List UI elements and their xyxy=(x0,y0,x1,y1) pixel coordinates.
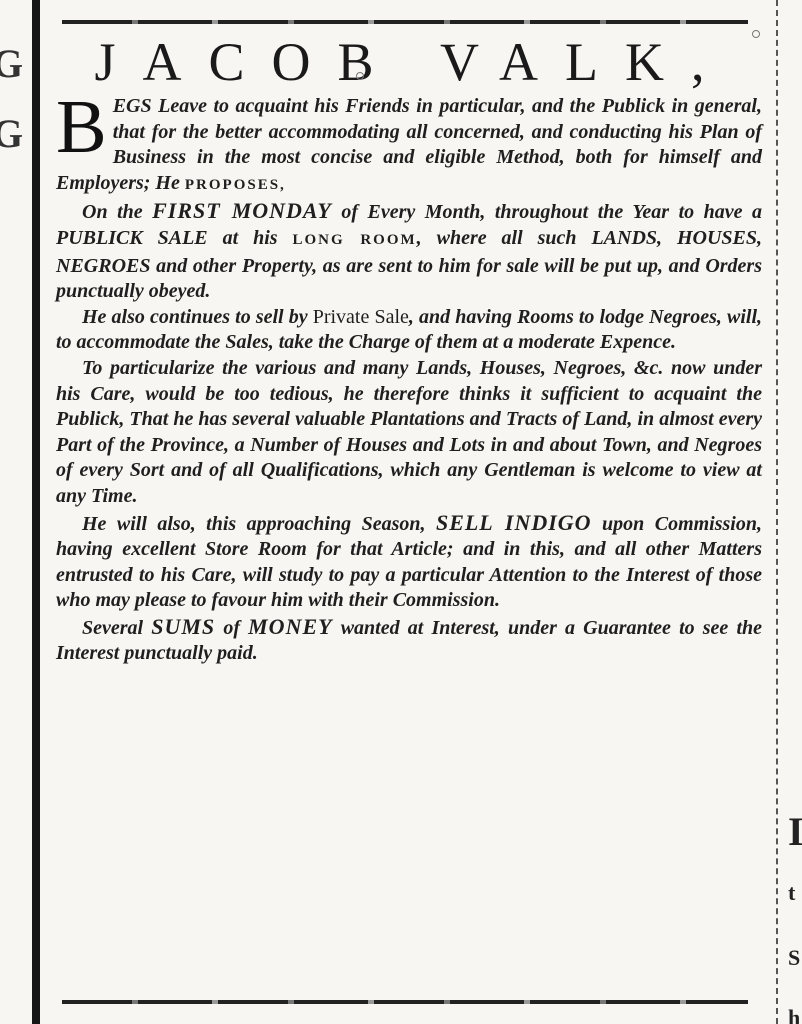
paragraph-private-sale: He also continues to sell by Private Sal… xyxy=(56,305,762,356)
drop-cap: B xyxy=(56,98,107,156)
fragment-letter: h xyxy=(788,1005,800,1024)
advertisement-title: JACOB VALK, xyxy=(64,32,762,92)
fragment-letter: G xyxy=(0,110,23,157)
emphasis-text: MONEY xyxy=(248,614,332,639)
emphasis-text: SUMS xyxy=(151,614,215,639)
paragraph-text: , where all such xyxy=(417,227,592,249)
fragment-letter: G xyxy=(0,40,23,87)
emphasis-text: PUBLICK SALE xyxy=(56,227,208,249)
paragraph-text: of Every Month, throughout the Year to h… xyxy=(332,201,762,223)
paragraph-indigo: He will also, this approaching Season, S… xyxy=(56,510,762,614)
emphasis-text: SELL INDIGO xyxy=(436,510,592,535)
bottom-divider-rule xyxy=(62,1000,748,1004)
small-caps-text: PROPOSES, xyxy=(185,177,286,193)
paragraph-text: He also continues to sell by xyxy=(82,306,313,328)
column-rule-right xyxy=(776,0,778,1024)
fragment-letter: I xyxy=(788,808,802,855)
paragraph-text: On the xyxy=(82,201,152,223)
paragraph-text: Several xyxy=(82,617,151,639)
emphasis-text: FIRST MONDAY xyxy=(152,198,332,223)
paragraph-intro: BEGS Leave to acquaint his Friends in pa… xyxy=(56,94,762,198)
paragraph-text: and other Property, as are sent to him f… xyxy=(56,255,762,303)
print-blemish xyxy=(752,30,760,38)
paragraph-text: of xyxy=(215,617,248,639)
paragraph-text: He will also, this approaching Season, xyxy=(82,513,436,535)
paragraph-public-sale: On the FIRST MONDAY of Every Month, thro… xyxy=(56,198,762,304)
paragraph-text: at his xyxy=(208,227,293,249)
top-divider-rule xyxy=(62,20,748,24)
fragment-letter: t xyxy=(788,880,795,906)
advertisement: JACOB VALK, BEGS Leave to acquaint his F… xyxy=(56,32,762,667)
adjacent-column-fragment-right: I t S h xyxy=(786,0,802,1024)
roman-text: Private Sale xyxy=(313,306,409,328)
adjacent-column-fragment-left: G G xyxy=(0,0,28,1024)
paragraph-text: To particularize the various and many La… xyxy=(56,357,762,507)
paragraph-money: Several SUMS of MONEY wanted at Interest… xyxy=(56,614,762,667)
fragment-letter: S xyxy=(788,945,800,971)
paragraph-text: EGS Leave to acquaint his Friends in par… xyxy=(56,95,762,194)
column-rule-left xyxy=(32,0,40,1024)
small-caps-text: LONG ROOM xyxy=(292,232,416,248)
print-blemish xyxy=(356,72,364,80)
paragraph-properties: To particularize the various and many La… xyxy=(56,356,762,510)
